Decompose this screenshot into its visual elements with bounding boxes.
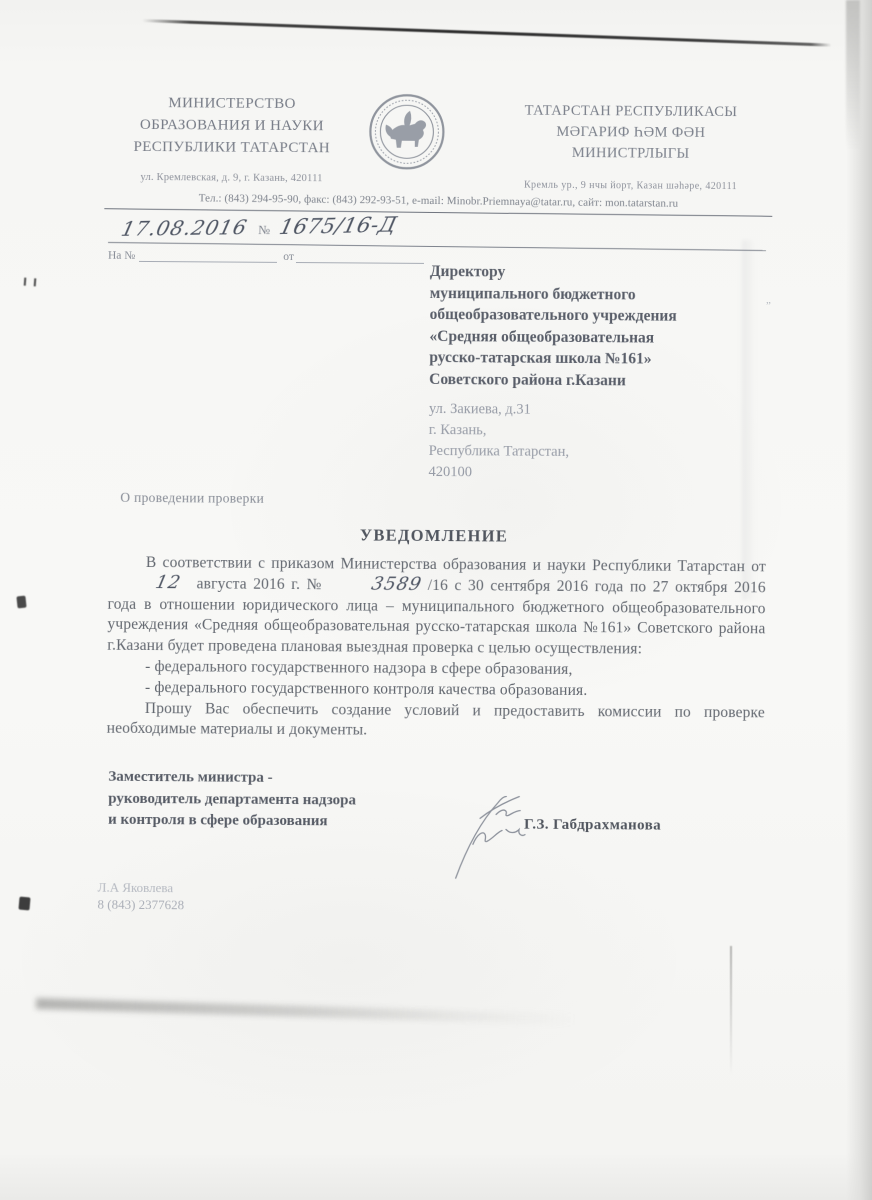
- outgoing-date-handwritten: 17.08.2016: [119, 215, 250, 241]
- outgoing-number-handwritten: 1675/16-Д: [277, 213, 399, 240]
- reference-row: 17.08.2016 № 1675/16-Д: [108, 209, 766, 251]
- executor-name: Л.А Яковлева: [98, 879, 185, 897]
- addressee-line: муниципального бюджетного: [430, 282, 765, 306]
- ministry-name-line: МИНИСТЕРСТВО: [107, 92, 357, 116]
- addressee-line: общеобразовательного учреждения: [430, 304, 765, 328]
- addressee-address-line: Республика Татарстан,: [429, 441, 764, 464]
- reply-ref-blank: [139, 249, 277, 263]
- ministry-seal-icon: [367, 92, 448, 173]
- addressee-address-line: г. Казань,: [429, 420, 764, 443]
- addressee-line: русско-татарская школа №161»: [429, 347, 764, 371]
- signer-name: Г.З. Габдрахманова: [524, 817, 661, 835]
- ministry-name-line: МӘГАРИФ ҺӘМ ФӘН: [453, 121, 809, 144]
- letter-content: МИНИСТЕРСТВО ОБРАЗОВАНИЯ И НАУКИ РЕСПУБЛ…: [0, 0, 872, 1200]
- day-handwritten: 12: [116, 574, 183, 592]
- ministry-name-tatar: ТАТАРСТАН РЕСПУБЛИКАСЫ МӘГАРИФ ҺӘМ ФӘН М…: [452, 100, 809, 197]
- scanned-letter-page: „ МИНИСТЕРСТВО ОБРАЗОВАНИЯ И НАУКИ РЕСПУ…: [0, 0, 872, 1200]
- executor-block: Л.А Яковлева 8 (843) 2377628: [97, 879, 184, 914]
- reply-ref-label: На №: [108, 250, 135, 262]
- order-number-handwritten: 3589: [332, 575, 424, 594]
- addressee-line: Советского района г.Казани: [429, 368, 764, 392]
- signer-position-line: руководитель департамента надзора: [108, 788, 453, 812]
- addressee-address-line: 420100: [428, 462, 763, 485]
- ministry-name-russian: МИНИСТЕРСТВО ОБРАЗОВАНИЯ И НАУКИ РЕСПУБЛ…: [106, 92, 357, 191]
- addressee-postal-address: ул. Закиева, д.31 г. Казань, Республика …: [428, 399, 764, 485]
- ministry-name-line: МИНИСТРЛЫГЫ: [453, 142, 809, 165]
- signer-position-line: и контроля в сфере образования: [108, 810, 453, 834]
- paragraph-1: В соответствии с приказом Министерства о…: [107, 553, 766, 662]
- reply-ref-blank: [296, 250, 424, 264]
- paragraph-2: Прошу Вас обеспечить создание условий и …: [107, 698, 765, 744]
- addressee-block: Директору муниципального бюджетного обще…: [428, 261, 765, 485]
- letter-body: В соответствии с приказом Министерства о…: [107, 553, 766, 745]
- addressee-line: Директору: [430, 261, 765, 285]
- p1-text: В соответствии с приказом Министерства о…: [146, 554, 766, 575]
- number-sign: №: [258, 223, 270, 238]
- signer-position-block: Заместитель министра - руководитель депа…: [108, 767, 453, 834]
- addressee-address-line: ул. Закиева, д.31: [429, 399, 764, 422]
- ministry-name-line: ТАТАРСТАН РЕСПУБЛИКАСЫ: [453, 100, 809, 123]
- signer-position-line: Заместитель министра -: [108, 767, 453, 791]
- ministry-address-tatar: Кремль ур., 9 нчы йорт, Казан шәһәре, 42…: [452, 174, 808, 197]
- executor-phone: 8 (843) 2377628: [97, 896, 184, 914]
- document-title: УВЕДОМЛЕНИЕ: [104, 524, 764, 549]
- ministry-name-line: РЕСПУБЛИКИ ТАТАРСТАН: [107, 136, 357, 160]
- addressee-line: «Средняя общеобразовательная: [429, 325, 764, 349]
- ministry-address-russian: ул. Кремлевская, д. 9, г. Казань, 420111: [106, 167, 356, 191]
- ministry-name-line: ОБРАЗОВАНИЯ И НАУКИ: [107, 114, 357, 138]
- subject-line: О проведении проверки: [120, 490, 264, 507]
- p1-text: августа 2016 г. №: [197, 575, 324, 593]
- reply-reference-row: На №от: [108, 249, 424, 264]
- winged-leopard-icon: [385, 111, 426, 148]
- reply-ref-ot-label: от: [283, 251, 294, 263]
